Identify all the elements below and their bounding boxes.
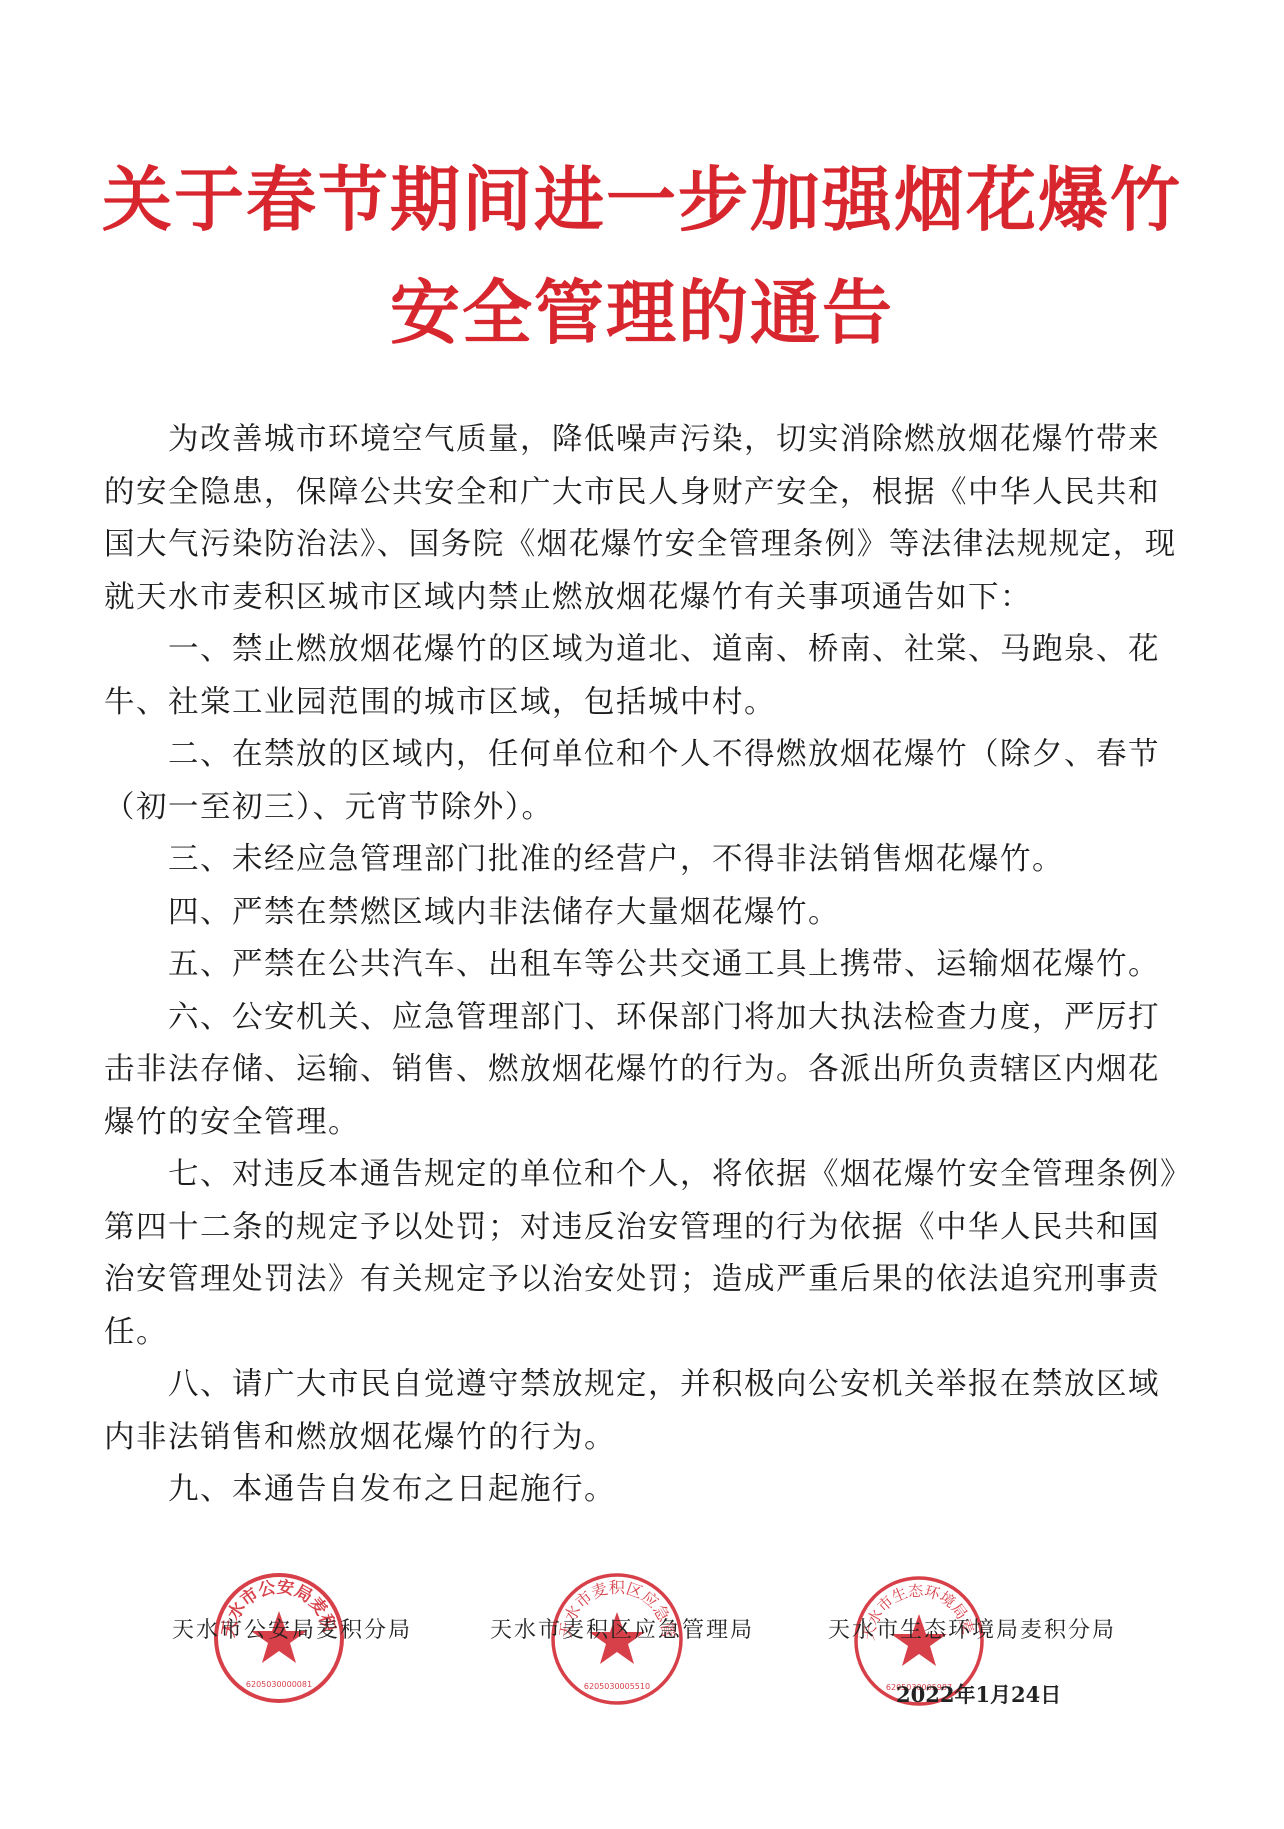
signature-ecology-environment: 天水市生态环境局麦积分局 (828, 1613, 1116, 1644)
document-title-line1: 关于春节期间进一步加强烟花爆竹 (0, 165, 1284, 235)
issue-date: 2022年1月24日 (896, 1679, 1061, 1709)
svg-text:6205030005510: 6205030005510 (584, 1682, 650, 1691)
notice-item-8: 八、请广大市民自觉遵守禁放规定，并积极向公安机关举报在禁放区域内非法销售和燃放烟… (104, 1359, 1184, 1464)
signature-emergency-management: 天水市麦积区应急管理局 (490, 1613, 754, 1644)
notice-item-5: 五、严禁在公共汽车、出租车等公共交通工具上携带、运输烟花爆竹。 (104, 939, 1184, 992)
notice-item-4: 四、严禁在禁燃区域内非法储存大量烟花爆竹。 (104, 887, 1184, 940)
notice-item-1: 一、禁止燃放烟花爆竹的区域为道北、道南、桥南、社棠、马跑泉、花牛、社棠工业园范围… (104, 624, 1184, 729)
svg-text:6205030000081: 6205030000081 (246, 1680, 312, 1689)
notice-item-9: 九、本通告自发布之日起施行。 (104, 1464, 1184, 1517)
notice-item-2: 二、在禁放的区域内，任何单位和个人不得燃放烟花爆竹（除夕、春节（初一至初三）、元… (104, 729, 1184, 834)
notice-item-6: 六、公安机关、应急管理部门、环保部门将加大执法检查力度，严厉打击非法存储、运输、… (104, 992, 1184, 1150)
intro-paragraph: 为改善城市环境空气质量，降低噪声污染，切实消除燃放烟花爆竹带来的安全隐患，保障公… (104, 414, 1184, 624)
notice-item-3: 三、未经应急管理部门批准的经营户，不得非法销售烟花爆竹。 (104, 834, 1184, 887)
document-title-line2: 安全管理的通告 (0, 278, 1284, 348)
document-body: 为改善城市环境空气质量，降低噪声污染，切实消除燃放烟花爆竹带来的安全隐患，保障公… (104, 414, 1184, 1517)
notice-item-7: 七、对违反本通告规定的单位和个人，将依据《烟花爆竹安全管理条例》第四十二条的规定… (104, 1149, 1184, 1359)
signature-public-security: 天水市公安局麦积分局 (172, 1613, 412, 1644)
